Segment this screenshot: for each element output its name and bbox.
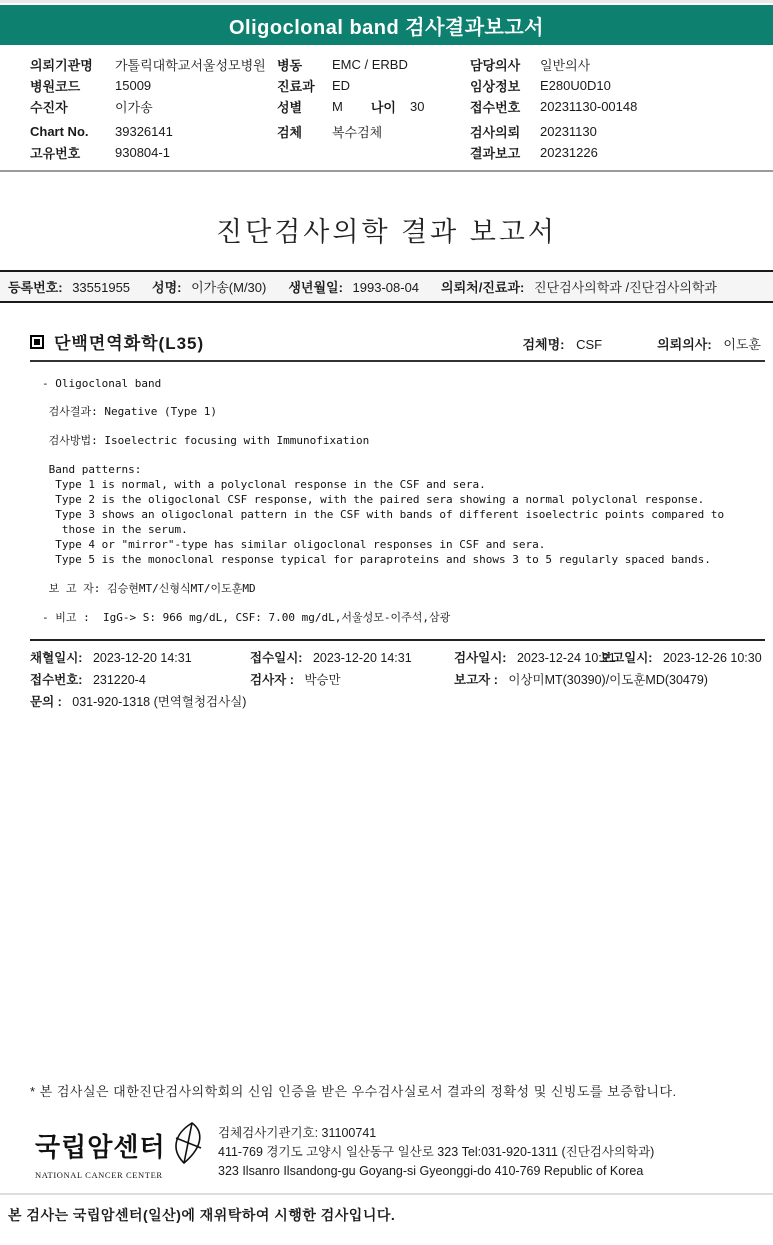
field-value: CSF (576, 337, 602, 352)
field-value: 231220-4 (93, 673, 146, 687)
report-datetime: 보고일시: 2023-12-26 10:30 (600, 648, 762, 666)
field-label: 의뢰처/진료과: (441, 280, 524, 295)
field-label: 병원코드 (30, 76, 115, 95)
field-label: 고유번호 (30, 143, 115, 162)
patient-row: 고유번호 930804-1 (30, 142, 266, 163)
field-label: 채혈일시: (30, 651, 82, 665)
band-pattern-line: those in the serum. (42, 522, 765, 537)
dates-row-1: 채혈일시: 2023-12-20 14:31 접수일시: 2023-12-20 … (30, 648, 765, 670)
patient-row: 검체 복수검체 (277, 121, 424, 142)
reporter: 보고자 : 이상미MT(30390)/이도훈MD(30479) (454, 670, 708, 688)
patient-info-col-1: 의뢰기관명 가톨릭대학교서울성모병원 병원코드 15009 수진자 이가송 Ch… (30, 54, 266, 163)
report-header-title: Oligoclonal band 검사결과보고서 (229, 11, 544, 40)
test-datetime: 검사일시: 2023-12-24 10:21 (454, 648, 616, 666)
field-label: 의뢰의사: (657, 337, 712, 352)
field-value: 일반의사 (540, 55, 590, 74)
specimen: 검체명: CSF (522, 334, 602, 353)
bottom-padding (0, 1225, 773, 1245)
field-label: 성별 (277, 97, 332, 116)
band-pattern-line: Type 4 or "mirror"-type has similar olig… (42, 537, 765, 552)
band-pattern-line: Type 2 is the oligoclonal CSF response, … (42, 492, 765, 507)
dates-row-3: 문의 : 031-920-1318 (면역혈청검사실) (30, 692, 765, 714)
field-value: 이가송(M/30) (191, 280, 266, 295)
field-label: 수진자 (30, 97, 115, 116)
field-label: 결과보고 (470, 143, 540, 162)
dates-row-2: 접수번호: 231220-4 검사자 : 박승만 보고자 : 이상미MT(303… (30, 670, 765, 692)
section-title: 단백면역화학(L35) (54, 329, 204, 354)
ncc-logo-english: NATIONAL CANCER CENTER (35, 1170, 218, 1180)
contact-phone: 문의 : 031-920-1318 (면역혈청검사실) (30, 692, 246, 710)
field-label: 등록번호: (8, 280, 63, 295)
department: 의뢰처/진료과: 진단검사의학과 /진단검사의학과 (441, 277, 717, 296)
field-value: 20231130 (540, 124, 597, 139)
patient-row: 병동 EMC / ERBD (277, 54, 424, 75)
field-label: 생년월일: (288, 280, 343, 295)
field-value: 33551955 (72, 280, 130, 295)
section-meta: 검체명: CSF 의뢰의사: 이도훈 (522, 334, 765, 353)
leaf-icon (170, 1122, 206, 1169)
patient-row: 결과보고 20231226 (470, 142, 637, 163)
test-method: 검사방법: Isoelectric focusing with Immunofi… (42, 433, 765, 448)
field-value: 박승만 (304, 673, 340, 687)
section-square-icon (30, 335, 44, 349)
field-value: 39326141 (115, 124, 173, 139)
field-label: 접수일시: (250, 651, 302, 665)
patient-row-sex-age: 성별 M 나이 30 (277, 96, 424, 117)
field-value: 031-920-1318 (면역혈청검사실) (72, 695, 246, 709)
field-value: 30 (410, 99, 424, 114)
patient-row: 담당의사 일반의사 (470, 54, 637, 75)
report-title: 진단검사의학 결과 보고서 (0, 210, 773, 249)
report-header-bar: Oligoclonal band 검사결과보고서 (0, 5, 773, 45)
field-value: ED (332, 78, 350, 93)
field-label: 담당의사 (470, 55, 540, 74)
ncc-logo-korean: 국립암센터 (35, 1127, 166, 1164)
org-info: 검체검사기관기호: 31100741 411-769 경기도 고양시 일산동구 … (218, 1122, 654, 1181)
field-label: 진료과 (277, 76, 332, 95)
field-label: 검사자 : (250, 673, 294, 687)
field-label: 성명: (152, 280, 181, 295)
band-pattern-line: Type 5 is the monoclonal response typica… (42, 552, 765, 567)
field-label: 병동 (277, 55, 332, 74)
field-label: 보고일시: (600, 651, 652, 665)
patient-row: 검사의뢰 20231130 (470, 121, 637, 142)
ncc-logo: 국립암센터 NATIONAL CANCER CENTER (35, 1122, 218, 1181)
patient-info-col-2: 병동 EMC / ERBD 진료과 ED 성별 M 나이 30 검체 복수검체 (277, 54, 424, 142)
birth-date: 생년월일: 1993-08-04 (288, 277, 419, 296)
field-label: 나이 (371, 97, 396, 116)
org-address-english: 323 Ilsanro Ilsandong-gu Goyang-si Gyeon… (218, 1162, 654, 1181)
blood-draw-datetime: 채혈일시: 2023-12-20 14:31 (30, 648, 192, 666)
field-value: 1993-08-04 (353, 280, 420, 295)
requesting-doctor: 의뢰의사: 이도훈 (657, 334, 761, 353)
footer-row: 국립암센터 NATIONAL CANCER CENTER 검체검 (35, 1122, 765, 1181)
field-value: 가톨릭대학교서울성모병원 (115, 55, 266, 74)
field-label: 의뢰기관명 (30, 55, 115, 74)
field-value: 930804-1 (115, 145, 170, 160)
remark-line: - 비고 : IgG-> S: 966 mg/dL, CSF: 7.00 mg/… (42, 610, 765, 625)
field-value: E280U0D10 (540, 78, 611, 93)
receipt-number: 접수번호: 231220-4 (30, 670, 146, 688)
field-label: 보고자 : (454, 673, 498, 687)
band-patterns-title: Band patterns: (42, 462, 765, 477)
field-label: 검체 (277, 122, 332, 141)
field-value: 이도훈 (723, 337, 761, 352)
receipt-datetime: 접수일시: 2023-12-20 14:31 (250, 648, 412, 666)
result-body: - Oligoclonal band 검사결과: Negative (Type … (42, 376, 765, 625)
patient-row: 접수번호 20231130-00148 (470, 96, 637, 117)
field-label: 검체명: (522, 337, 564, 352)
footer-divider (0, 1193, 773, 1195)
field-value: 2023-12-26 10:30 (663, 651, 762, 665)
registration-strip: 등록번호: 33551955 성명: 이가송(M/30) 생년월일: 1993-… (0, 270, 773, 303)
field-value: 이가송 (115, 97, 153, 116)
reporter-line: 보 고 자: 김승현MT/신형식MT/이도훈MD (42, 581, 765, 596)
outsourcing-note: 본 검사는 국립암센터(일산)에 재위탁하여 시행한 검사입니다. (8, 1205, 773, 1225)
field-value: 복수검체 (332, 122, 382, 141)
field-label: 검사일시: (454, 651, 506, 665)
field-label: 문의 : (30, 695, 62, 709)
patient-row: 수진자 이가송 (30, 96, 266, 117)
org-address-korean: 411-769 경기도 고양시 일산동구 일산로 323 Tel:031-920… (218, 1143, 654, 1162)
field-value: 15009 (115, 78, 151, 93)
patient-info-section: 의뢰기관명 가톨릭대학교서울성모병원 병원코드 15009 수진자 이가송 Ch… (0, 54, 773, 164)
dates-block: 채혈일시: 2023-12-20 14:31 접수일시: 2023-12-20 … (30, 639, 765, 714)
org-code: 검체검사기관기호: 31100741 (218, 1124, 654, 1143)
field-value: M (332, 99, 343, 114)
report-page: Oligoclonal band 검사결과보고서 의뢰기관명 가톨릭대학교서울성… (0, 0, 773, 1245)
footer-area: * 본 검사실은 대한진단검사의학회의 신임 인증을 받은 우수검사실로서 결과… (0, 1081, 773, 1245)
field-value: 2023-12-20 14:31 (313, 651, 412, 665)
field-value: EMC / ERBD (332, 57, 408, 72)
header-divider (0, 170, 773, 172)
field-label: Chart No. (30, 124, 115, 139)
field-value: 20231130-00148 (540, 99, 637, 114)
registration-number: 등록번호: 33551955 (8, 277, 130, 296)
field-label: 접수번호: (30, 673, 82, 687)
test-name: - Oligoclonal band (42, 376, 765, 391)
patient-info-col-3: 담당의사 일반의사 임상정보 E280U0D10 접수번호 20231130-0… (470, 54, 637, 163)
patient-row: 진료과 ED (277, 75, 424, 96)
examiner: 검사자 : 박승만 (250, 670, 341, 688)
patient-row: 임상정보 E280U0D10 (470, 75, 637, 96)
band-pattern-line: Type 1 is normal, with a polyclonal resp… (42, 477, 765, 492)
patient-row: Chart No. 39326141 (30, 121, 266, 142)
field-value: 진단검사의학과 /진단검사의학과 (534, 280, 717, 295)
field-label: 임상정보 (470, 76, 540, 95)
test-result: 검사결과: Negative (Type 1) (42, 404, 765, 419)
field-value: 2023-12-20 14:31 (93, 651, 192, 665)
field-label: 접수번호 (470, 97, 540, 116)
certification-note: * 본 검사실은 대한진단검사의학회의 신임 인증을 받은 우수검사실로서 결과… (30, 1081, 773, 1100)
patient-row: 병원코드 15009 (30, 75, 266, 96)
patient-row: 의뢰기관명 가톨릭대학교서울성모병원 (30, 54, 266, 75)
section-header: 단백면역화학(L35) 검체명: CSF 의뢰의사: 이도훈 (30, 329, 765, 362)
field-label: 검사의뢰 (470, 122, 540, 141)
field-value: 이상미MT(30390)/이도훈MD(30479) (508, 673, 708, 687)
ncc-logo-top: 국립암센터 (35, 1122, 218, 1169)
band-pattern-line: Type 3 shows an oligoclonal pattern in t… (42, 507, 765, 522)
field-value: 20231226 (540, 145, 598, 160)
patient-name: 성명: 이가송(M/30) (152, 277, 266, 296)
